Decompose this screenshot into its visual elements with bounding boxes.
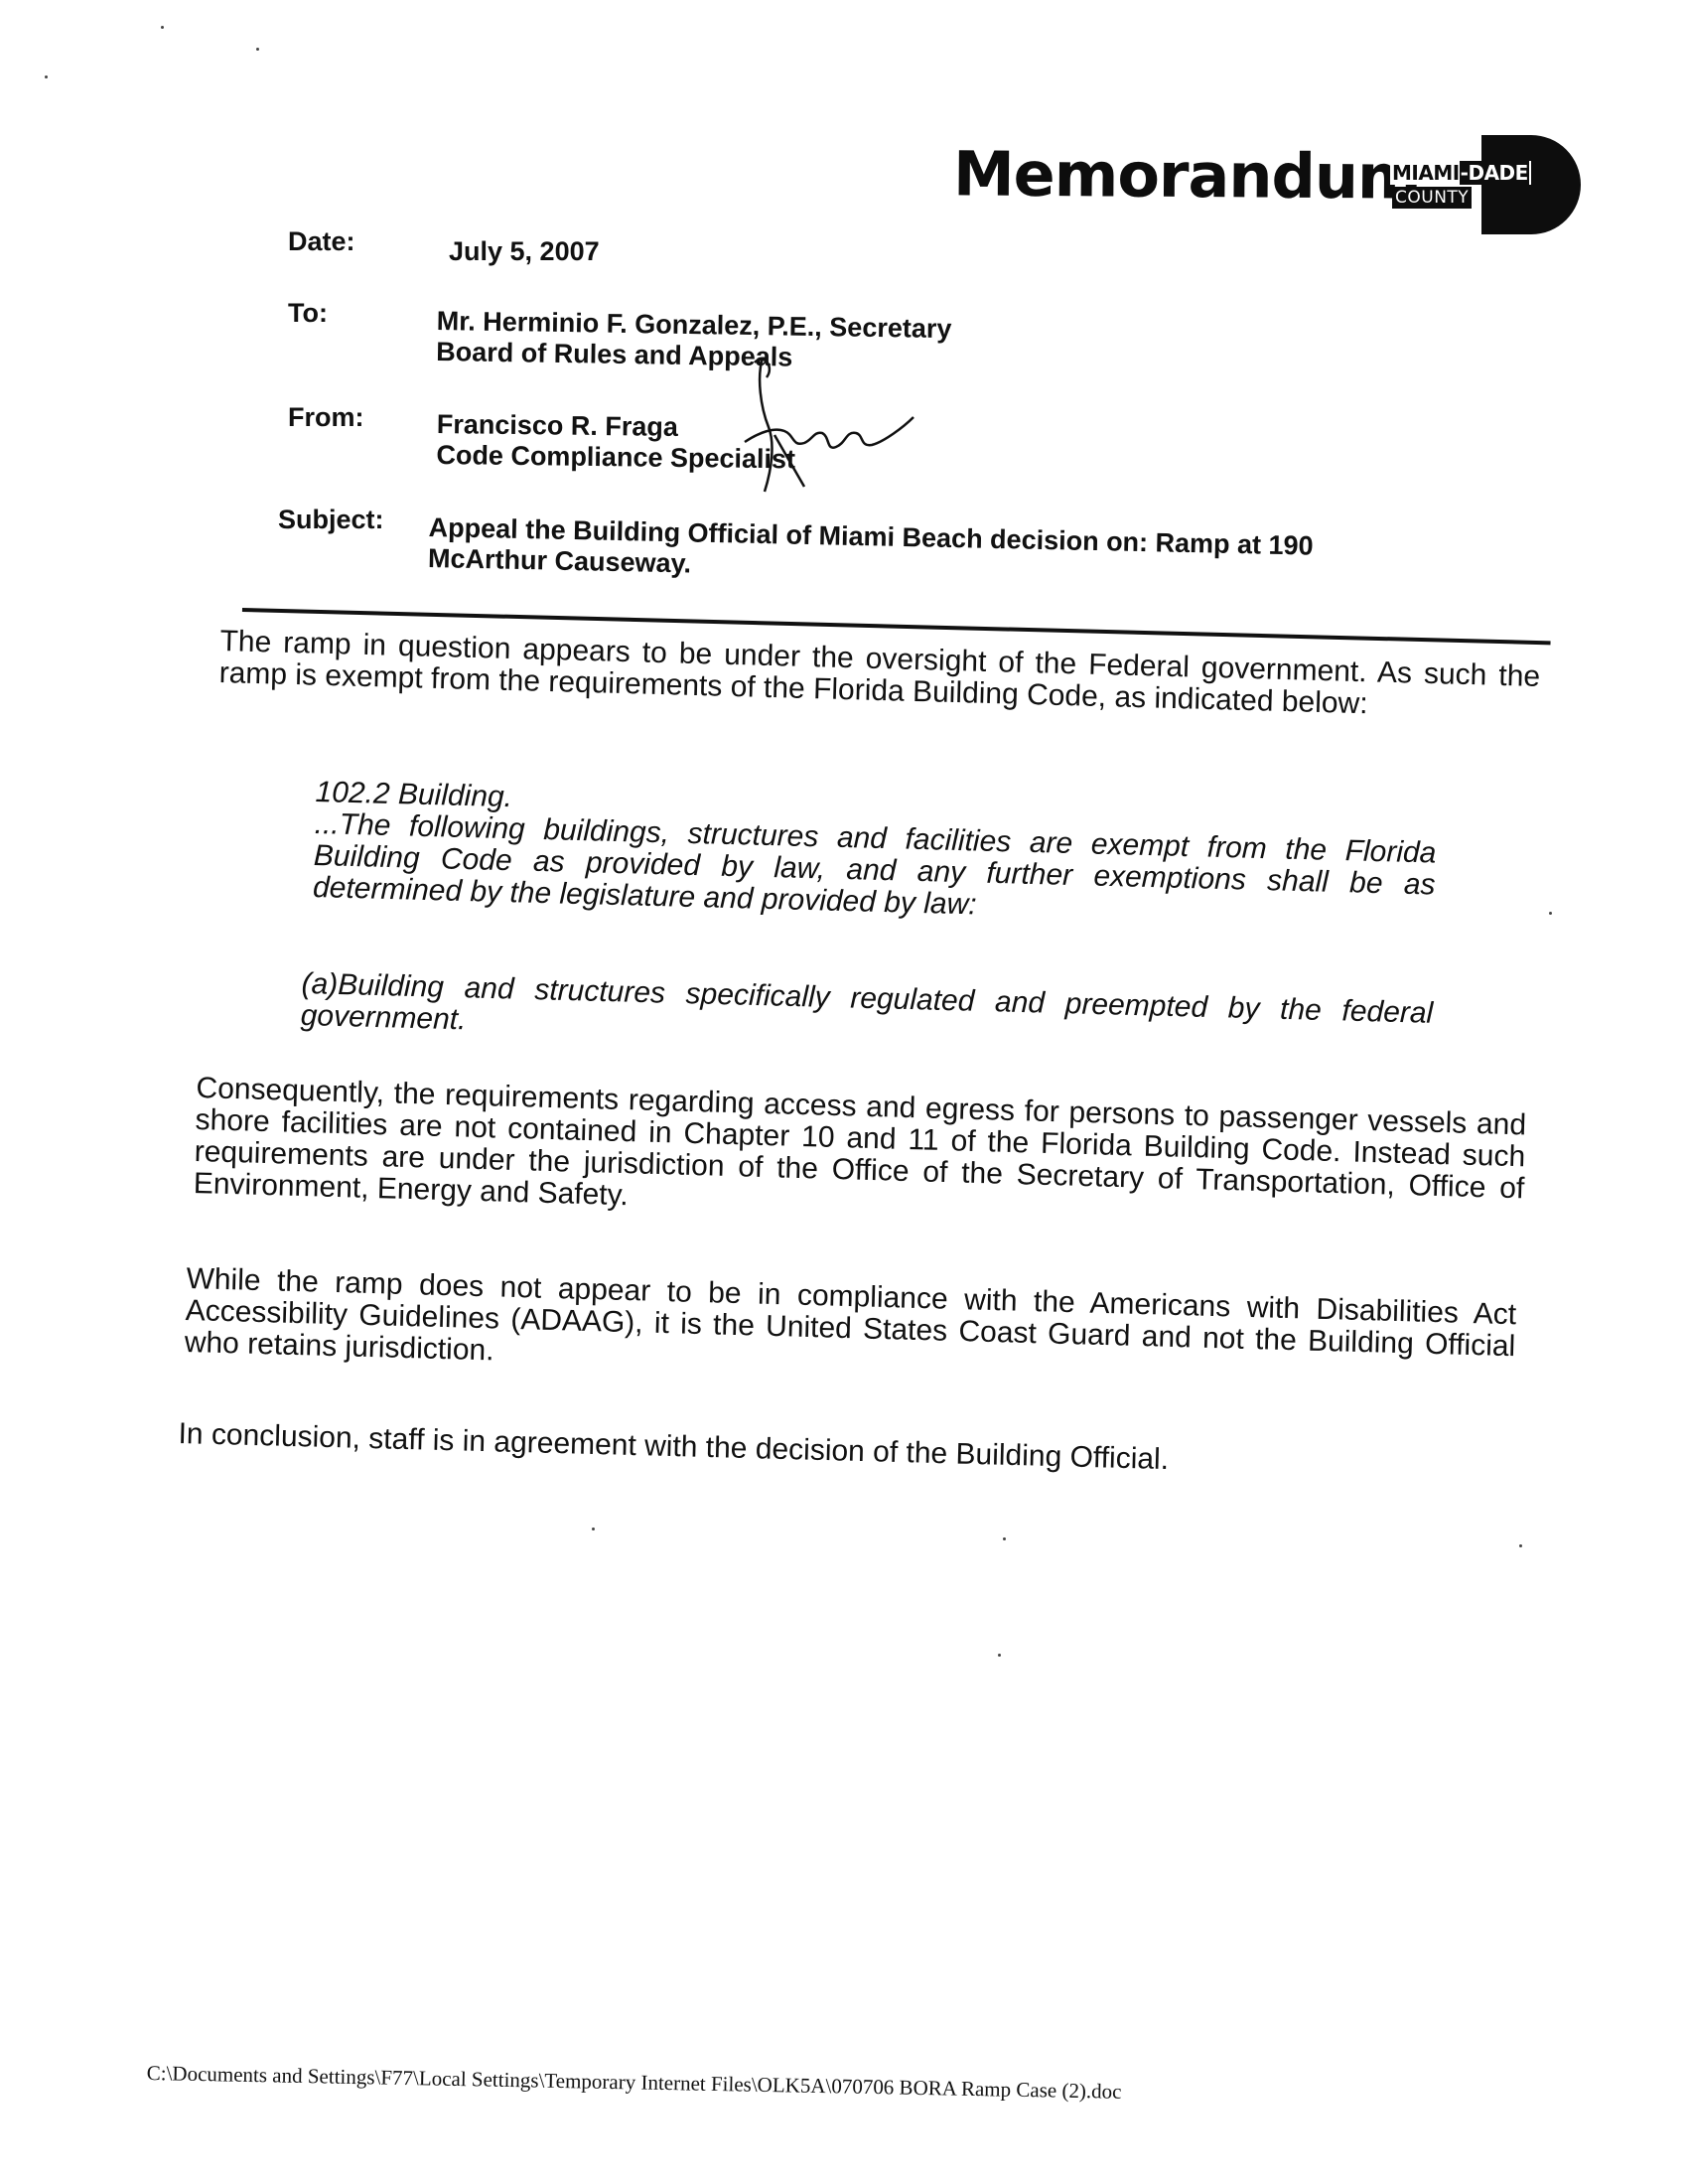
scan-speck: [1003, 1537, 1006, 1540]
body-paragraph-3: While the ramp does not appear to be in …: [184, 1263, 1516, 1394]
logo-county-text: COUNTY: [1392, 187, 1472, 209]
subject-label: Subject:: [278, 505, 384, 535]
subject-text: Appeal the Building Official of Miami Be…: [428, 512, 1314, 593]
logo-miami: MIAMI: [1392, 161, 1460, 185]
code-exemption-item: (a)Building and structures specifically …: [300, 968, 1433, 1062]
document-file-path: C:\Documents and Settings\F77\Local Sett…: [147, 2061, 1122, 2105]
scan-speck: [998, 1654, 1001, 1657]
scan-speck: [1519, 1544, 1522, 1547]
scan-speck: [45, 75, 48, 78]
logo-dade: -DADE: [1460, 161, 1529, 185]
logo-d-shape: [1481, 135, 1581, 234]
date-value: July 5, 2007: [449, 236, 600, 267]
miami-dade-county-logo-icon: MIAMI-DADE COUNTY: [1390, 135, 1589, 234]
body-paragraph-4: In conclusion, staff is in agreement wit…: [178, 1418, 1469, 1484]
body-paragraph-2: Consequently, the requirements regarding…: [193, 1073, 1526, 1237]
memo-title: Memorandum: [953, 137, 1421, 213]
code-quote: 102.2 Building. ...The following buildin…: [313, 777, 1438, 934]
body-paragraph-1: The ramp in question appears to be under…: [218, 626, 1540, 725]
logo-miami-dade-text: MIAMI-DADE: [1390, 161, 1531, 185]
to-label: To:: [288, 298, 328, 329]
date-label: Date:: [288, 226, 355, 257]
scan-speck: [592, 1528, 595, 1530]
scan-speck: [161, 26, 164, 29]
from-label: From:: [288, 402, 364, 433]
handwritten-signature-icon: [735, 348, 933, 497]
scan-speck: [256, 48, 259, 51]
scan-speck: [1549, 912, 1552, 915]
